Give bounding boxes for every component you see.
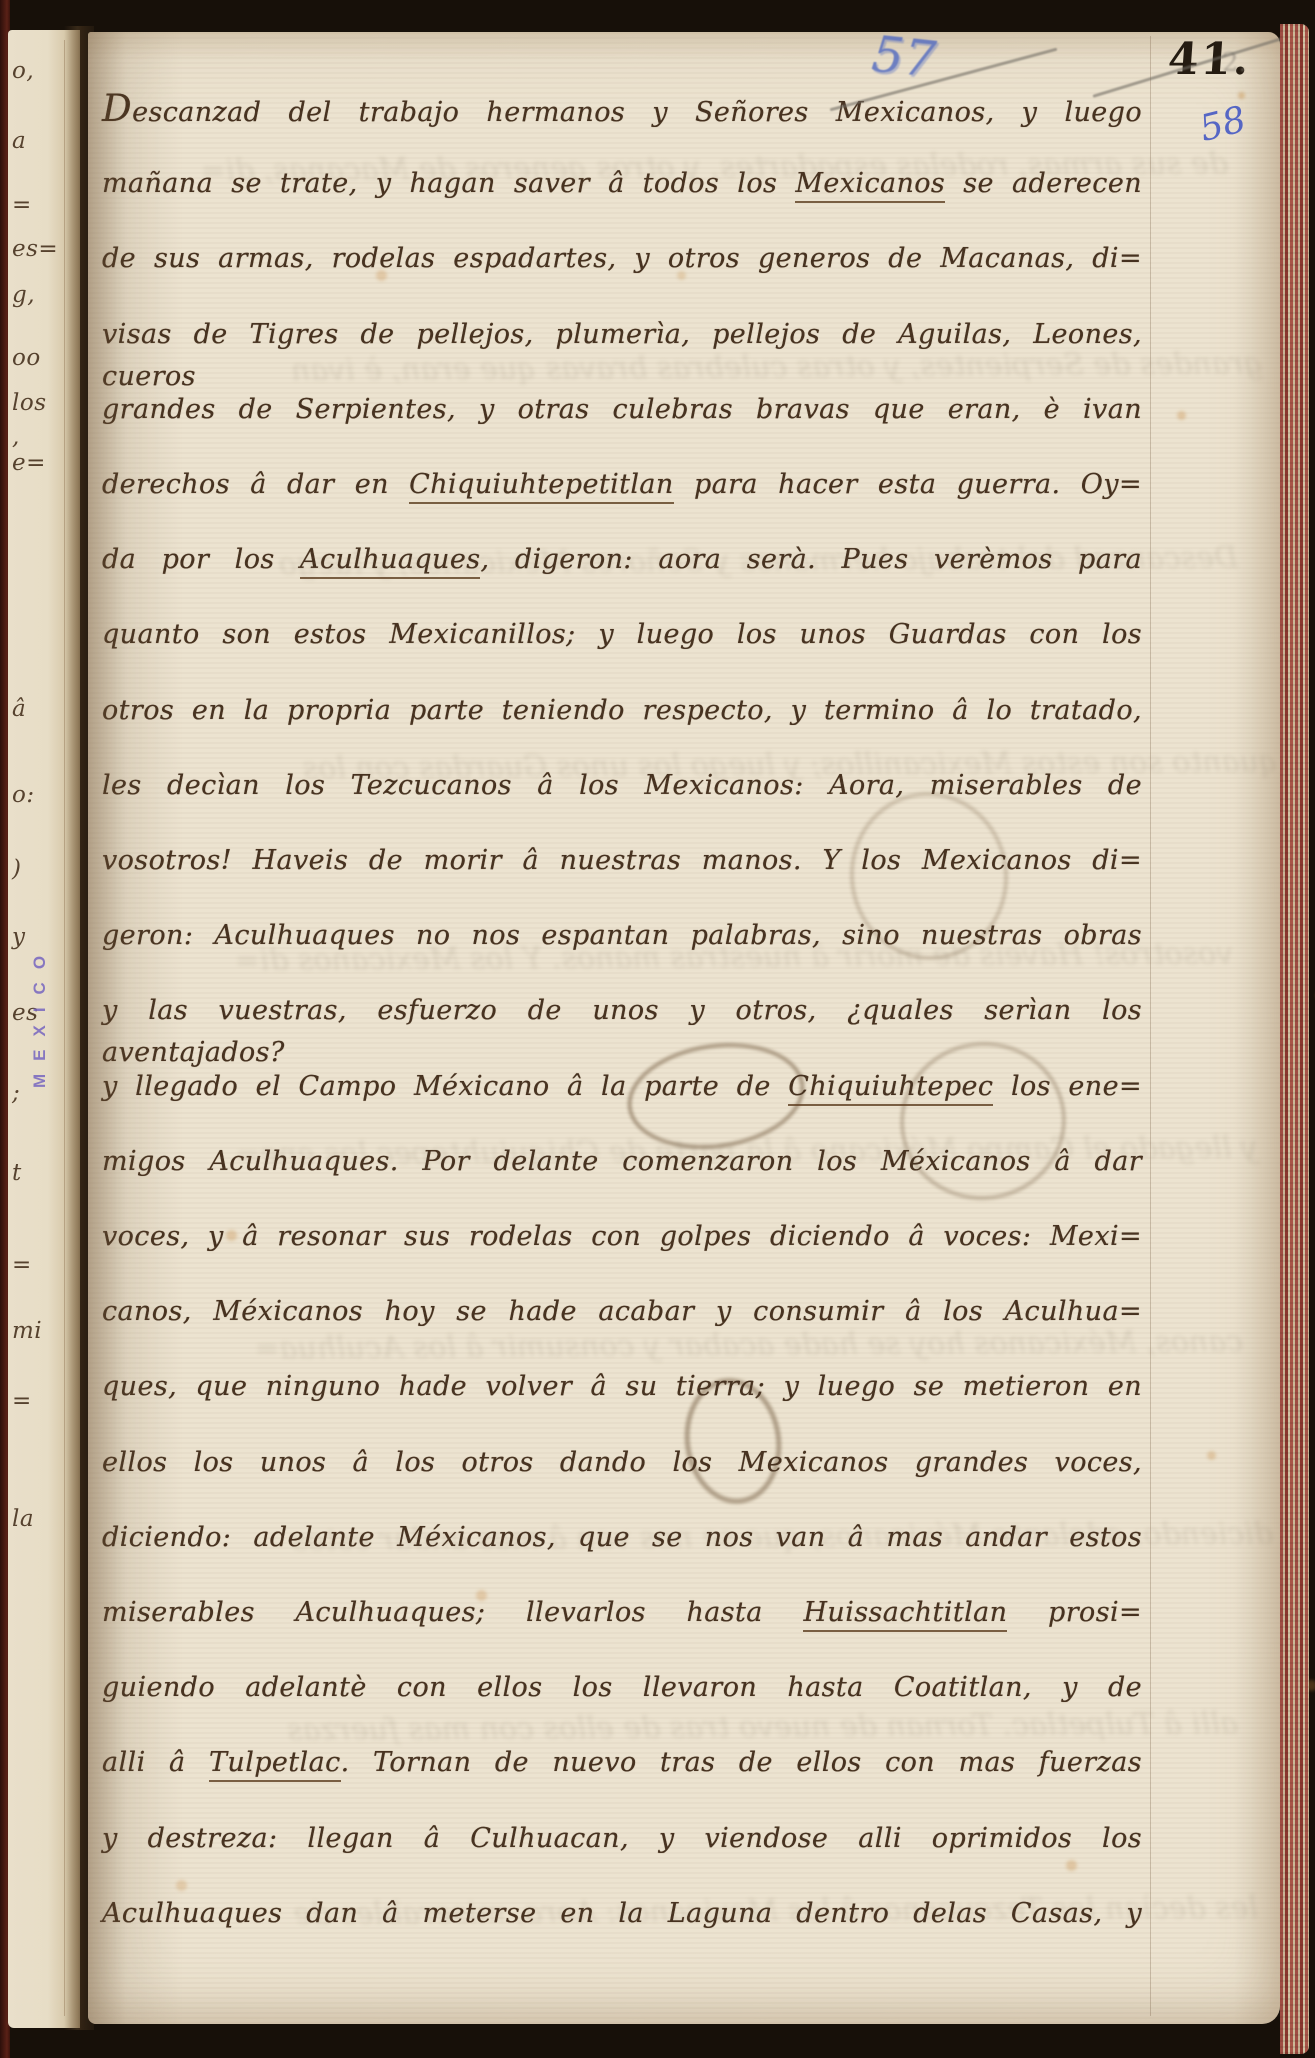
text-line: migos Aculhuaques. Por delante comenzaro… [102,1141,1142,1211]
gutter-fragment: mi [12,1318,64,1344]
text-line: les decìan los Tezcucanos â los Mexicano… [102,765,1142,835]
text-segment: de sus armas, rodelas espadartes, y otro… [102,243,1142,274]
text-line: geron: Aculhuaques no nos espantan palab… [102,915,1142,985]
gutter-fragment: o: [12,782,64,808]
text-segment: da por los [102,544,300,575]
foxing-spots [1238,92,1245,99]
underlined-word: Chiquiuhtepec [788,1071,993,1106]
text-line: miserables Aculhuaques; llevarlos hasta … [102,1592,1142,1662]
gutter-fragment: = [12,1388,64,1414]
gutter-fragment: o, [12,58,64,84]
text-line: ques, que ninguno hade volver â su tierr… [102,1366,1142,1436]
text-segment: visas de Tigres de pellejos, plumerìa, p… [102,319,1142,392]
mexico-library-stamp: MEXICO [30,888,50,1088]
underlined-word: Chiquiuhtepetitlan [409,469,674,504]
text-line: Descanzad del trabajo hermanos y Señores… [102,88,1142,158]
text-segment: grandes de Serpientes, y otras culebras … [102,394,1142,425]
right-margin-rule [1150,36,1151,2016]
text-line: y destreza: llegan â Culhuacan, y viendo… [102,1818,1142,1888]
text-segment: ellos los unos â los otros dando los Mex… [102,1447,1142,1478]
text-segment: mañana se trate, y hagan saver â todos l… [102,168,795,199]
text-line: guiendo adelantè con ellos los llevaron … [102,1667,1142,1737]
text-line: canos, Méxicanos hoy se hade acabar y co… [102,1291,1142,1361]
gutter-fragment: , [12,424,64,450]
text-segment: ques, que ninguno hade volver â su tierr… [102,1371,1142,1402]
text-line: visas de Tigres de pellejos, plumerìa, p… [102,314,1142,384]
text-line: de sus armas, rodelas espadartes, y otro… [102,238,1142,308]
text-line: da por los Aculhuaques, digeron: aora se… [102,539,1142,609]
text-line: alli â Tulpetlac. Tornan de nuevo tras d… [102,1742,1142,1812]
text-line: voces, y â resonar sus rodelas con golpe… [102,1216,1142,1286]
gutter-fragment: oo [12,345,64,371]
gutter-fragment: g, [12,282,64,308]
manuscript-page: de sus armas, rodelas espadartes, y otro… [88,32,1280,2024]
underlined-word: Tulpetlac [209,1747,341,1782]
gutter-fragment: a [12,128,64,154]
text-segment: les decìan los Tezcucanos â los Mexicano… [102,770,1142,801]
book-fore-edge [1280,24,1309,2054]
text-line: vosotros! Haveis de morir â nuestras man… [102,840,1142,910]
text-segment: guiendo adelantè con ellos los llevaron … [102,1672,1142,1703]
text-line: mañana se trate, y hagan saver â todos l… [102,163,1142,233]
gutter-fragment: t [12,1160,64,1186]
text-segment: voces, y â resonar sus rodelas con golpe… [102,1221,1142,1252]
text-segment: y las vuestras, esfuerzo de unos y otros… [102,995,1142,1068]
gutter-fragment: e= [12,450,64,476]
gutter-fragment: la [12,1506,64,1532]
text-segment: Aculhuaques dan â meterse en la Laguna d… [102,1898,1142,1929]
text-segment: quanto son estos Mexicanillos; y luego l… [102,619,1142,650]
manuscript-scan: o,a=es=g,oolos,e=âo:)yes;t=mi=la de sus … [0,0,1315,2058]
text-segment: derechos â dar en [102,469,409,500]
text-line: ellos los unos â los otros dando los Mex… [102,1442,1142,1512]
text-segment: se aderecen [945,168,1142,199]
gutter-fragment: = [12,192,64,218]
text-segment: y llegado el Campo Méxicano â la parte d… [102,1071,788,1102]
text-segment: para hacer esta guerra. Oy= [674,469,1142,500]
text-line: otros en la propria parte teniendo respe… [102,690,1142,760]
text-segment: migos Aculhuaques. Por delante comenzaro… [102,1146,1142,1177]
text-line: y las vuestras, esfuerzo de unos y otros… [102,990,1142,1060]
text-segment: , digeron: aora serà. Pues verèmos para [480,544,1142,575]
text-line: grandes de Serpientes, y otras culebras … [102,389,1142,459]
text-segment: canos, Méxicanos hoy se hade acabar y co… [102,1296,1142,1327]
text-segment: miserables Aculhuaques; llevarlos hasta [102,1597,803,1628]
text-line: y llegado el Campo Méxicano â la parte d… [102,1066,1142,1136]
text-segment: vosotros! Haveis de morir â nuestras man… [102,845,1142,876]
underlined-word: Huissachtitlan [803,1597,1007,1632]
text-segment: y destreza: llegan â Culhuacan, y viendo… [102,1823,1142,1854]
gutter-fragment: â [12,696,64,722]
text-segment: . Tornan de nuevo tras de ellos con mas … [341,1747,1142,1778]
text-segment: alli â [102,1747,209,1778]
gutter-fragment: los [12,390,64,416]
text-segment: Descanzad del trabajo hermanos y Señores… [102,97,1142,128]
old-blue-foliation-crossed: 57 [869,25,938,89]
text-segment: otros en la propria parte teniendo respe… [102,695,1142,726]
gutter-fragment: ) [12,856,64,882]
underlined-word: Mexicanos [795,168,945,203]
text-line: quanto son estos Mexicanillos; y luego l… [102,614,1142,684]
text-line: diciendo: adelante Méxicanos, que se nos… [102,1517,1142,1587]
gutter-fragment: = [12,1252,64,1278]
text-line: derechos â dar en Chiquiuhtepetitlan par… [102,464,1142,534]
underlined-word: Aculhuaques [300,544,480,579]
text-segment: los ene= [993,1071,1142,1102]
text-segment: prosi= [1007,1597,1142,1628]
gutter-fragment: es= [12,236,64,262]
text-line: Aculhuaques dan â meterse en la Laguna d… [102,1893,1142,1963]
text-segment: geron: Aculhuaques no nos espantan palab… [102,920,1142,951]
text-segment: diciendo: adelante Méxicanos, que se nos… [102,1522,1142,1553]
